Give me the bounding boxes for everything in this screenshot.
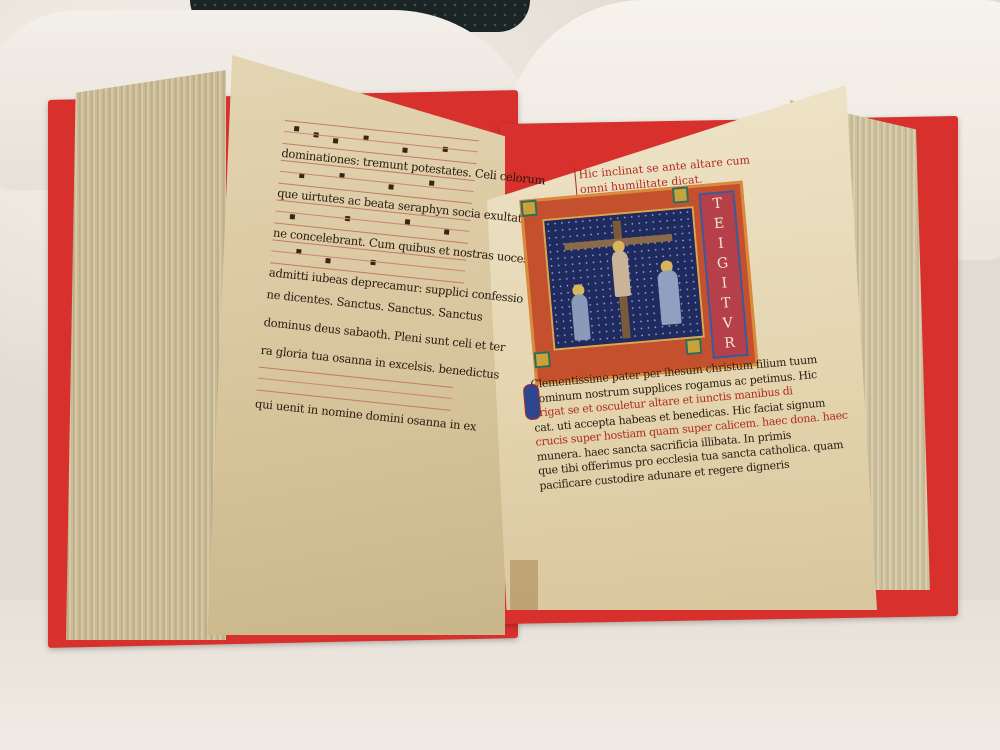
page-edges-left (66, 70, 226, 640)
starry-sky-panel (542, 206, 705, 351)
gold-corner (685, 338, 702, 355)
photo-scene: dominationes: tremunt potestates. Celi c… (0, 0, 1000, 750)
gold-corner (534, 351, 551, 368)
canon-text-block: Clementissime pater per ihesum christum … (530, 357, 784, 494)
chant-line: dominus deus sabaoth. Pleni sunt celi et… (263, 315, 458, 349)
decorated-initial (523, 383, 542, 420)
mary-figure (571, 294, 591, 341)
band-letter: R (713, 332, 747, 355)
john-figure (657, 270, 682, 326)
christ-figure (611, 250, 631, 297)
repair-patch (510, 560, 538, 610)
gold-corner (520, 200, 537, 217)
te-igitur-band: T E I G I T V R (698, 190, 748, 359)
chant-text-block: dominationes: tremunt potestates. Celi c… (254, 120, 478, 431)
crucifixion-miniature: T E I G I T V R (519, 181, 758, 386)
gold-corner (672, 186, 689, 203)
